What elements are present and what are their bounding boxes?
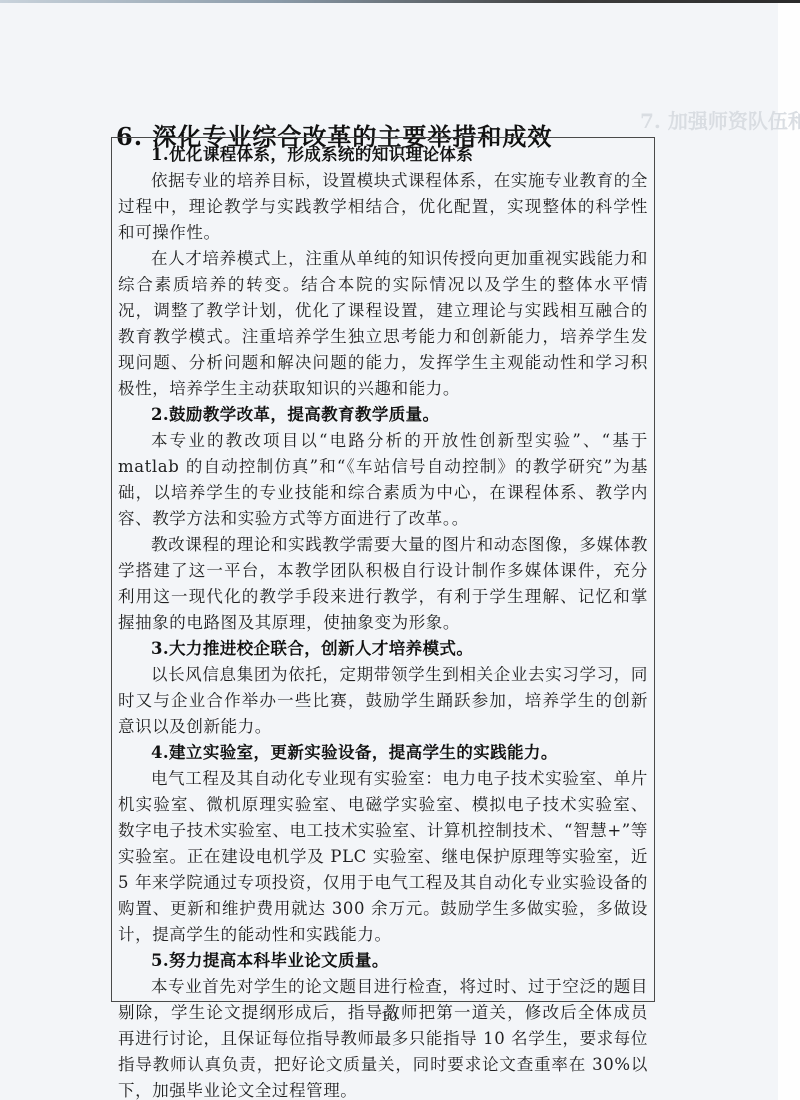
page-number: 10 xyxy=(0,1010,778,1025)
paragraph: 依据专业的培养目标，设置模块式课程体系，在实施专业教育的全过程中，理论教学与实践… xyxy=(118,168,648,246)
paragraph: 在人才培养模式上，注重从单纯的知识传授向更加重视实践能力和综合素质培养的转变。结… xyxy=(118,246,648,402)
subsection-3: 3.大力推进校企联合，创新人才培养模式。 以长风信息集团为依托，定期带领学生到相… xyxy=(118,636,648,740)
subsection-heading: 5.努力提高本科毕业论文质量。 xyxy=(118,948,648,974)
paragraph: 以长风信息集团为依托，定期带领学生到相关企业去实习学习，同时又与企业合作举办一些… xyxy=(118,662,648,740)
paragraph: 本专业首先对学生的论文题目进行检查，将过时、过于空泛的题目剔除，学生论文提纲形成… xyxy=(118,974,648,1100)
scan-margin-strip xyxy=(778,3,800,1100)
subsection-heading: 4.建立实验室，更新实验设备，提高学生的实践能力。 xyxy=(118,740,648,766)
paragraph: 教改课程的理论和实践教学需要大量的图片和动态图像，多媒体教学搭建了这一平台，本教… xyxy=(118,532,648,636)
content-box: 1.优化课程体系，形成系统的知识理论体系 依据专业的培养目标，设置模块式课程体系… xyxy=(111,137,655,1002)
bleed-through-text: 7. 加强师资队伍和 xyxy=(640,105,800,134)
subsection-heading: 3.大力推进校企联合，创新人才培养模式。 xyxy=(118,636,648,662)
subsection-4: 4.建立实验室，更新实验设备，提高学生的实践能力。 电气工程及其自动化专业现有实… xyxy=(118,740,648,948)
paragraph: 本专业的教改项目以“电路分析的开放性创新型实验”、“基于 matlab 的自动控… xyxy=(118,428,648,532)
subsection-heading: 1.优化课程体系，形成系统的知识理论体系 xyxy=(118,142,648,168)
subsection-2: 2.鼓励教学改革，提高教育教学质量。 本专业的教改项目以“电路分析的开放性创新型… xyxy=(118,402,648,636)
subsection-1: 1.优化课程体系，形成系统的知识理论体系 依据专业的培养目标，设置模块式课程体系… xyxy=(118,142,648,402)
subsection-heading: 2.鼓励教学改革，提高教育教学质量。 xyxy=(118,402,648,428)
paragraph: 电气工程及其自动化专业现有实验室：电力电子技术实验室、单片机实验室、微机原理实验… xyxy=(118,766,648,948)
